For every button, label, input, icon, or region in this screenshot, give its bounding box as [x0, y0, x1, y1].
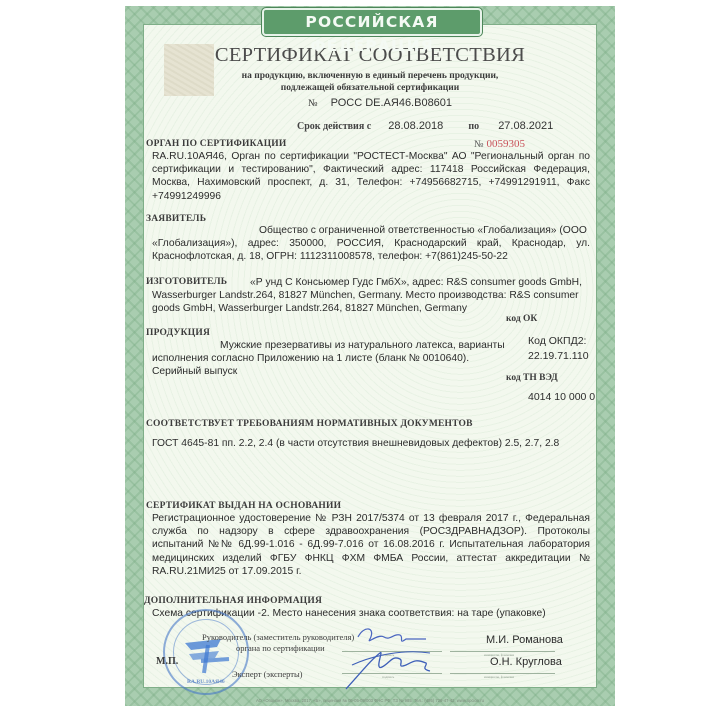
manufacturer-heading: ИЗГОТОВИТЕЛЬ — [146, 277, 227, 287]
country-banner: РОССИЙСКАЯ ФЕДЕРАЦИЯ — [262, 8, 482, 36]
head-name: М.И. Романова — [486, 634, 563, 647]
manufacturer-text-line1: «Р унд С Консьюмер Гудс ГмбХ», адрес: R&… — [250, 276, 582, 289]
applicant-text-line1: Общество с ограниченной ответственностью… — [259, 224, 587, 237]
okpd2-value: 22.19.71.110 — [528, 350, 589, 363]
blank-serial-number: №0059305 — [474, 138, 525, 150]
product-text-line3: Серийный выпуск — [152, 365, 237, 378]
conformity-text: ГОСТ 4645-81 пп. 2.2, 2.4 (в части отсут… — [152, 437, 559, 450]
basis-heading: СЕРТИФИКАТ ВЫДАН НА ОСНОВАНИИ — [146, 501, 341, 511]
additional-info-heading: ДОПОЛНИТЕЛЬНАЯ ИНФОРМАЦИЯ — [144, 596, 322, 606]
certification-body-text: RA.RU.10АЯ46, Орган по сертификации "РОС… — [152, 150, 590, 203]
head-label-line2: органа по сертификации — [236, 643, 325, 653]
applicant-heading: ЗАЯВИТЕЛЬ — [146, 214, 206, 224]
manufacturer-text: Wasserburger Landstr.264, 81827 München,… — [152, 289, 590, 315]
certification-body-heading: ОРГАН ПО СЕРТИФИКАЦИИ — [146, 139, 287, 149]
expert-label: Эксперт (эксперты) — [232, 669, 303, 679]
valid-to: 27.08.2021 — [498, 120, 553, 132]
printer-info: АО «Опцион», Москва, 2017, «Б», лицензия… — [144, 698, 596, 703]
handwritten-signatures-icon — [334, 619, 444, 699]
seal-label: М.П. — [156, 656, 178, 667]
product-heading: ПРОДУКЦИЯ — [146, 328, 210, 338]
head-label-line1: Руководитель (заместитель руководителя) — [202, 632, 354, 642]
product-text-line2: исполнения согласно Приложению на 1 лист… — [152, 352, 469, 365]
expert-name: О.Н. Круглова — [490, 656, 562, 669]
seal-code: RA.RU.10АЯ46 — [187, 679, 225, 685]
certificate-frame: СЕРТИФИКАТ СООТВЕТСТВИЯ на продукцию, вк… — [125, 6, 615, 706]
applicant-text: «Глобализация»), адрес: 350000, РОССИЯ, … — [152, 237, 590, 263]
certificate-number: № РОСС DE.АЯ46.В08601 — [308, 97, 452, 109]
tnved-label: код ТН ВЭД — [506, 373, 558, 383]
valid-from: 28.08.2018 — [388, 120, 443, 132]
conformity-heading: СООТВЕТСТВУЕТ ТРЕБОВАНИЯМ НОРМАТИВНЫХ ДО… — [146, 419, 473, 429]
okpd2-label: Код ОКПД2: — [528, 335, 586, 348]
validity-period: Срок действия с 28.08.2018 по 27.08.2021 — [297, 120, 553, 132]
certificate-body: СЕРТИФИКАТ СООТВЕТСТВИЯ на продукцию, вк… — [143, 24, 597, 688]
ok-code-label: код ОК — [506, 314, 537, 324]
tnved-value: 4014 10 000 0 — [528, 391, 595, 404]
certificate-subtitle: на продукцию, включенную в единый перече… — [144, 70, 596, 94]
basis-text: Регистрационное удостоверение № РЗН 2017… — [152, 512, 590, 578]
product-text-line1: Мужские презервативы из натурального лат… — [220, 339, 505, 352]
